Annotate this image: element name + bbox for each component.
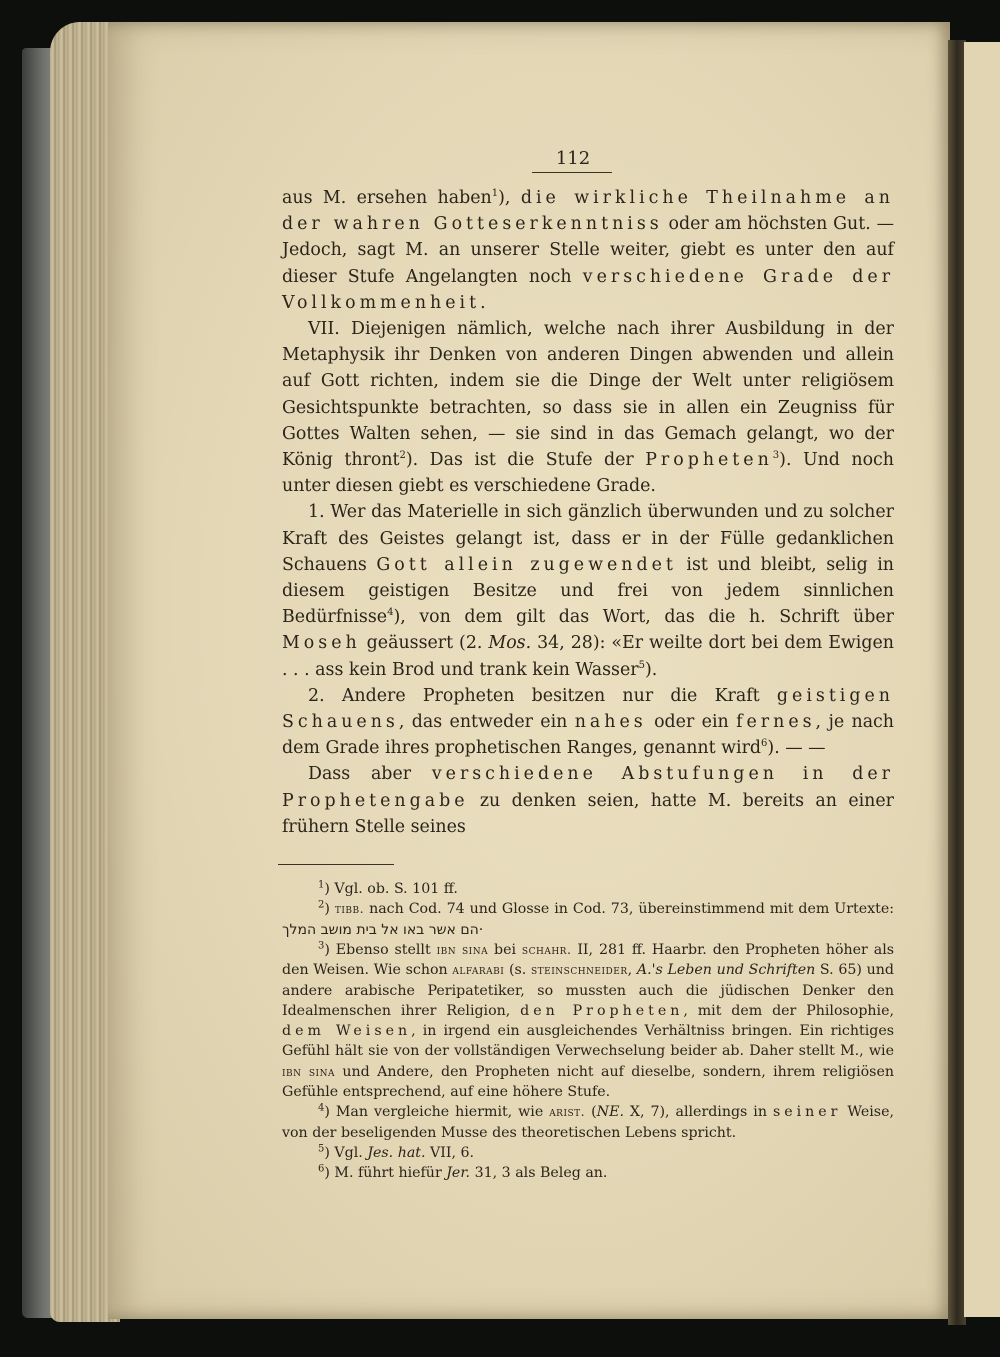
paragraph-4: 2. Andere Propheten besitzen nur die Kra… — [282, 683, 894, 762]
page-content: 112 aus M. ersehen haben1), die wirklich… — [282, 148, 894, 1184]
footnotes: 1) Vgl. ob. S. 101 ff. 2) tibb. nach Cod… — [282, 879, 894, 1183]
footnote-1: 1) Vgl. ob. S. 101 ff. — [282, 879, 894, 899]
paragraph-1: aus M. ersehen haben1), die wirkliche Th… — [282, 185, 894, 316]
footnote-3: 3) Ebenso stellt ibn sina bei schahr. II… — [282, 940, 894, 1102]
page-number: 112 — [252, 148, 894, 170]
page-number-rule — [532, 172, 612, 173]
adjacent-page-edge — [964, 42, 1000, 1317]
paragraph-3: 1. Wer das Materielle in sich gänzlich ü… — [282, 499, 894, 682]
paragraph-2: VII. Diejenigen nämlich, welche nach ihr… — [282, 316, 894, 499]
footnote-6: 6) M. führt hiefür Jer. 31, 3 als Beleg … — [282, 1163, 894, 1183]
footnote-4: 4) Man vergleiche hiermit, wie arist. (N… — [282, 1102, 894, 1143]
hebrew-quote: הם אשר באו אל בית מושב המלך — [282, 922, 479, 938]
footnote-separator — [278, 864, 394, 865]
book-scan: 112 aus M. ersehen haben1), die wirklich… — [0, 0, 1000, 1357]
footnote-2: 2) tibb. nach Cod. 74 und Glosse in Cod.… — [282, 899, 894, 940]
footnote-5: 5) Vgl. Jes. hat. VII, 6. — [282, 1143, 894, 1163]
paragraph-5: Dass aber verschiedene Abstufungen in de… — [282, 761, 894, 840]
